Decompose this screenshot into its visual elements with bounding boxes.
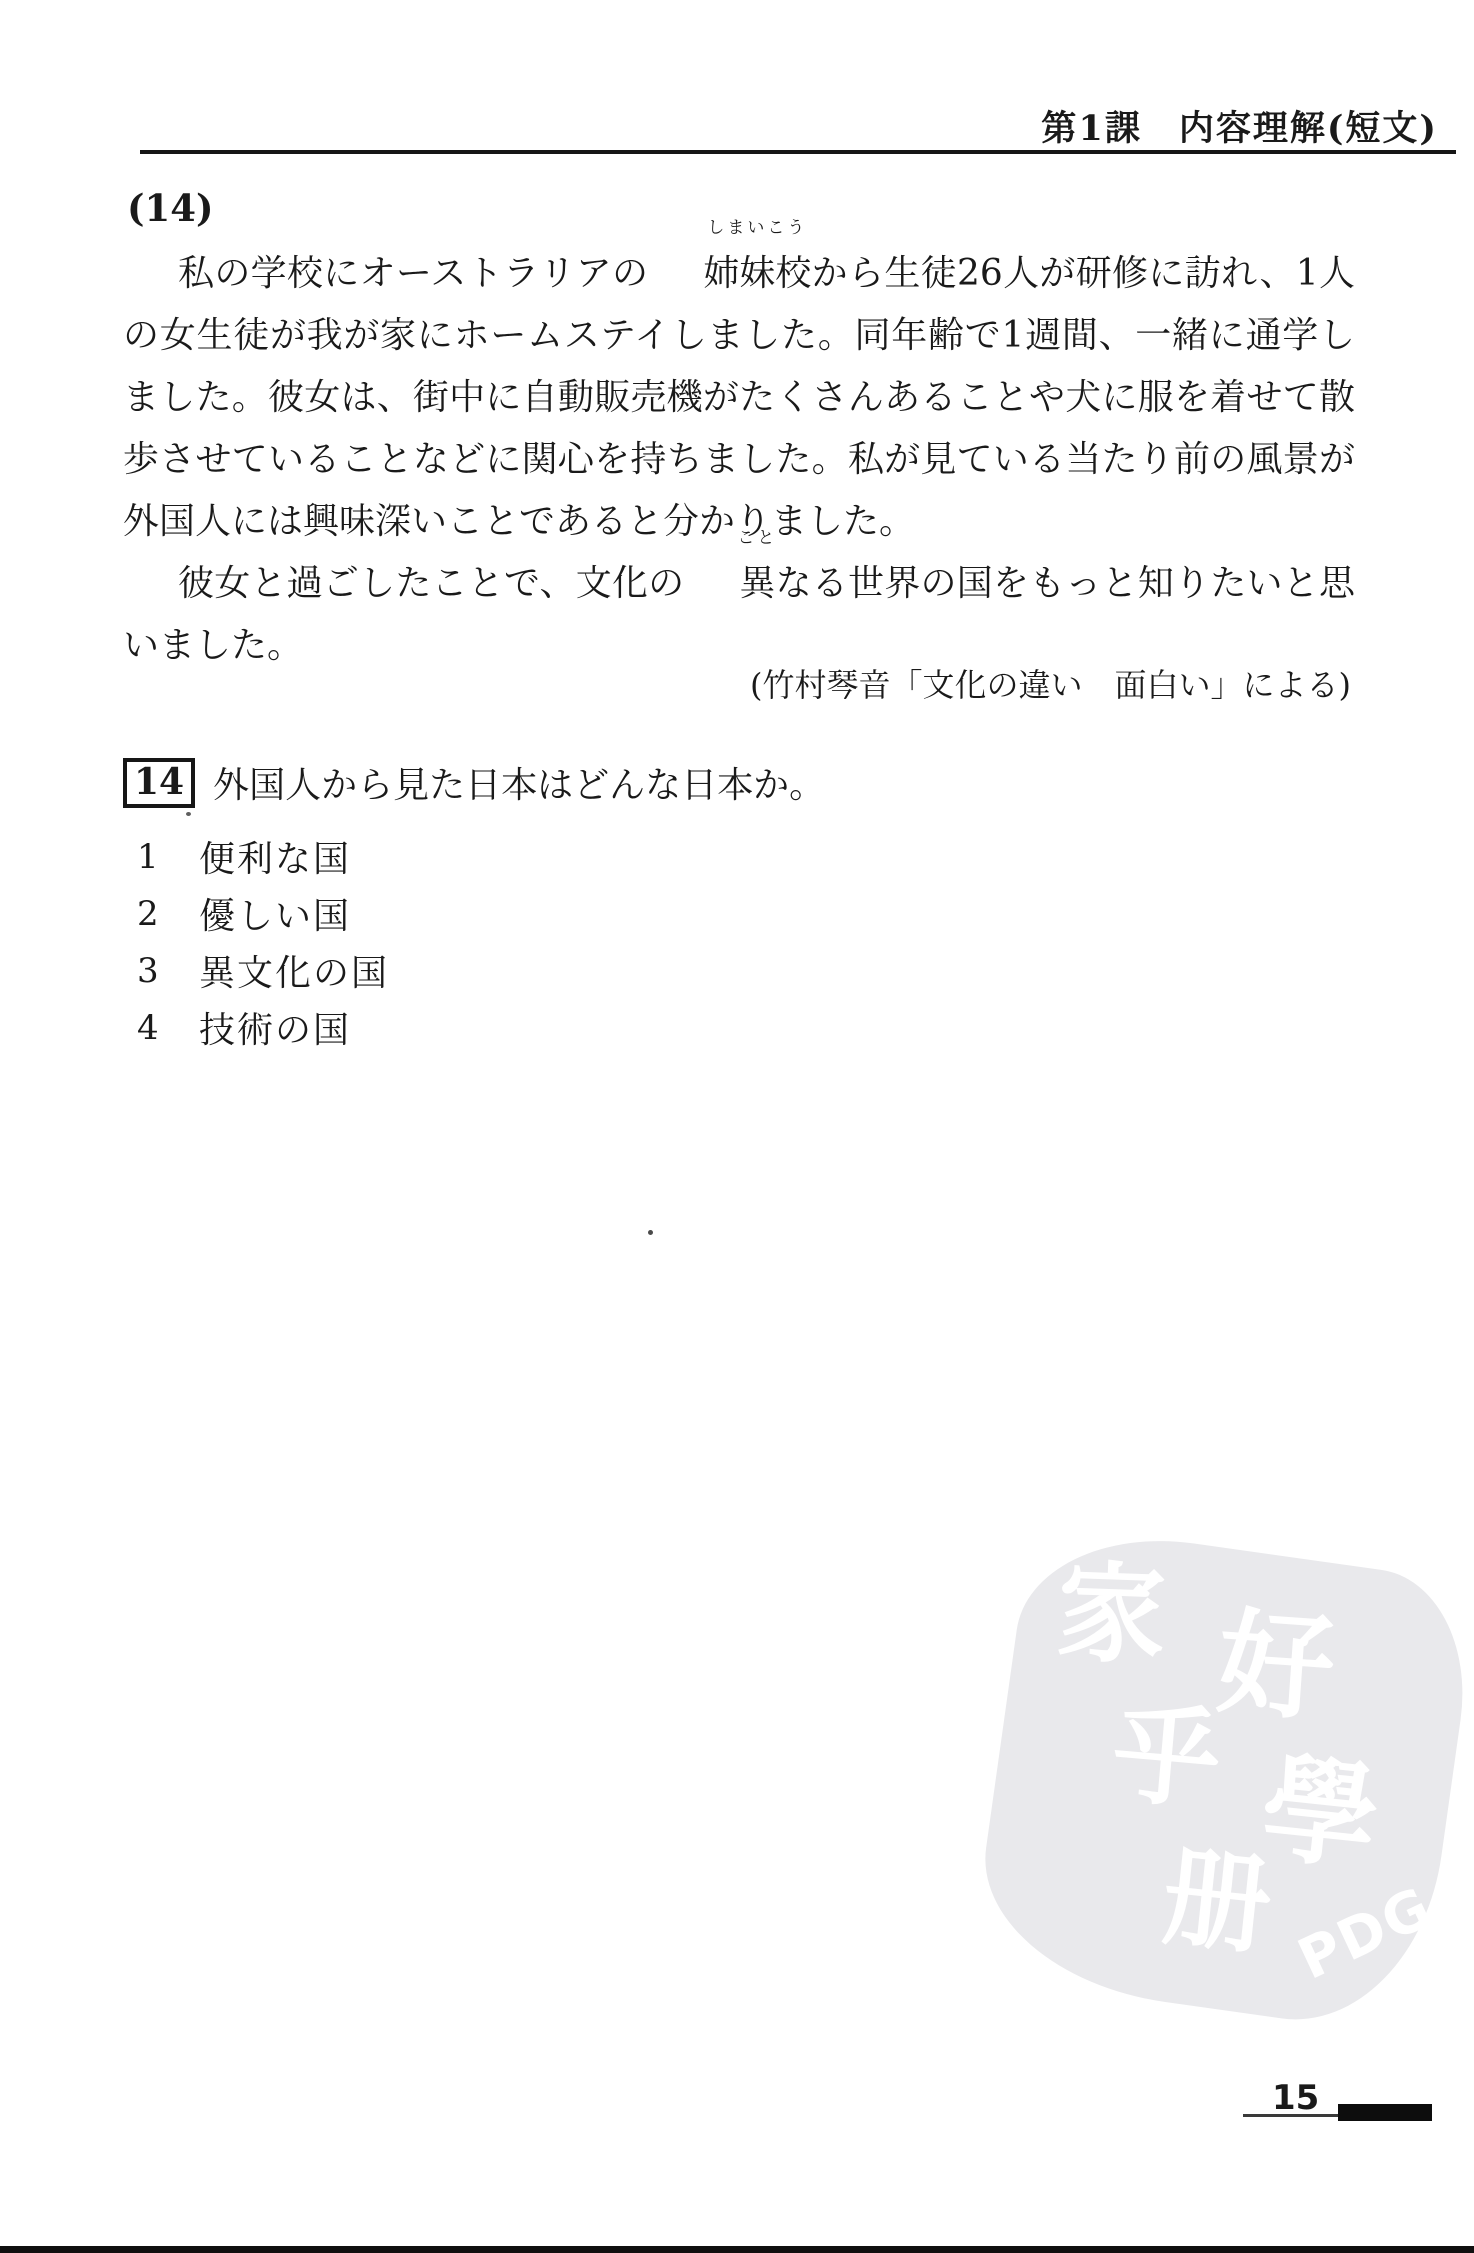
option-number: 2 [137, 894, 167, 934]
ruby-base-text: 姉妹校 [703, 253, 811, 294]
scan-edge-strip [0, 2246, 1474, 2253]
watermark-seal-glyph: 册 [1157, 1843, 1276, 1962]
answer-option-4: 4 技術の国 [123, 999, 1355, 1056]
answer-options: 1 便利な国 2 優しい国 3 異文化の国 4 技術の国 [123, 828, 1355, 1056]
header-rule [140, 150, 1456, 154]
option-number: 4 [137, 1008, 167, 1048]
option-label: 優しい国 [199, 888, 351, 939]
option-number: 1 [137, 837, 167, 877]
answer-option-2: 2 優しい国 [123, 885, 1355, 942]
watermark-seal-glyph: 乎 [1108, 1699, 1225, 1816]
ruby-koto: こと異 [684, 553, 775, 615]
ink-speck [186, 812, 191, 816]
passage-paragraph-1: 私の学校にオーストラリアのしまいこう姉妹校から生徒26人が研修に訪れ、1人の女生… [123, 243, 1355, 553]
footer-thin-rule [1243, 2114, 1341, 2117]
passage-text: 彼女と過ごしたことで、文化の [178, 563, 684, 604]
question-row: 14 外国人から見た日本はどんな日本か。 [123, 757, 1355, 808]
furigana-text: しまいこう [652, 220, 807, 237]
footer-black-bar [1338, 2104, 1432, 2121]
answer-option-1: 1 便利な国 [123, 828, 1355, 885]
main-content: (14) 私の学校にオーストラリアのしまいこう姉妹校から生徒26人が研修に訪れ、… [123, 186, 1355, 1056]
pdg-watermark-stamp: 家 好 乎 學 册 PDG [968, 1521, 1474, 2037]
passage-text: 私の学校にオーストラリアの [178, 253, 648, 294]
furigana-text: こと [682, 530, 777, 547]
ink-speck [648, 1230, 653, 1235]
option-label: 異文化の国 [199, 945, 389, 996]
option-label: 技術の国 [199, 1002, 351, 1053]
scanned-test-page: 第1課 内容理解(短文) (14) 私の学校にオーストラリアのしまいこう姉妹校か… [0, 0, 1474, 2253]
option-label: 便利な国 [199, 831, 351, 882]
option-number: 3 [137, 951, 167, 991]
page-number: 15 [1272, 2078, 1319, 2118]
question-text: 外国人から見た日本はどんな日本か。 [213, 757, 825, 808]
passage-paragraph-2: 彼女と過ごしたことで、文化のこと異なる世界の国をもっと知りたいと思いました。 [123, 553, 1355, 677]
pdg-logo-text: PDG [1289, 1875, 1443, 1993]
watermark-seal-glyph: 好 [1214, 1604, 1338, 1728]
ruby-base-text: 異 [739, 563, 775, 604]
source-attribution: (竹村琴音「文化の違い 面白い」による) [123, 665, 1351, 705]
chapter-header: 第1課 内容理解(短文) [1042, 101, 1438, 151]
question-number-box: 14 [123, 758, 195, 808]
ruby-shimaikou: しまいこう姉妹校 [648, 243, 811, 305]
watermark-seal-glyph: 家 [1056, 1559, 1168, 1671]
answer-option-3: 3 異文化の国 [123, 942, 1355, 999]
